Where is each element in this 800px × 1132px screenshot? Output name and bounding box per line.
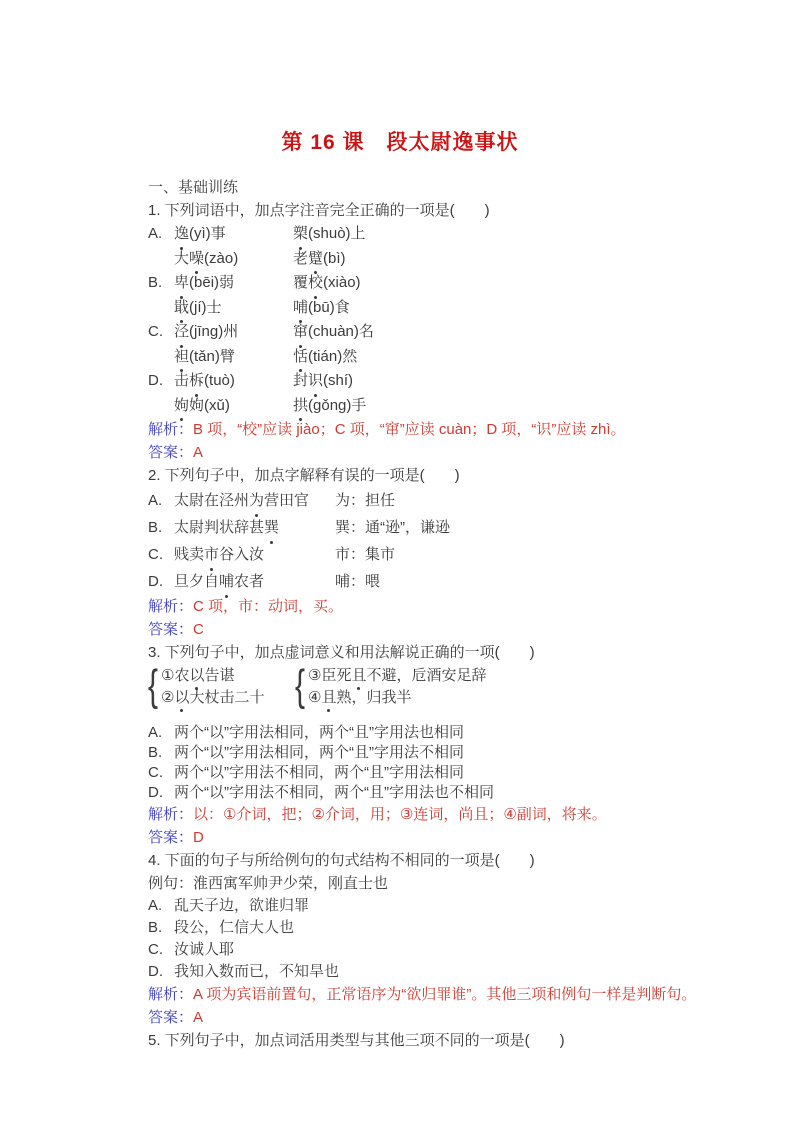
option-label: A.: [148, 487, 174, 514]
numbered-clause: ①农以告谌: [161, 665, 264, 687]
q1-option-c-row2: 袒(tǎn)臂 恬(tián)然: [148, 345, 708, 370]
q3-pair-2: { ③臣死且不避，卮酒安足辞 ④且熟，归我半: [295, 665, 487, 709]
q3-option-d: D. 两个“以”字用法不相同，两个“且”字用法也不相同: [148, 783, 708, 803]
definition: 市：集市: [335, 541, 395, 568]
q3-answer: 答案：D: [148, 826, 708, 849]
pinyin-term: 槊(shuò)上: [293, 222, 366, 247]
answer-value: A: [193, 1009, 203, 1026]
q1-stem: 1. 下列词语中，加点字注音完全正确的一项是( ): [148, 199, 708, 222]
q3-sentence-pairs: { ①农以告谌 ②以大杖击二十 { ③臣死且不避，卮酒安足辞 ④且熟，归我半: [148, 665, 708, 709]
option-text: 两个“以”字用法不相同，两个“且”字用法相同: [174, 763, 464, 783]
q1-option-b-row2: 戢(jí)士 哺(bū)食: [148, 296, 708, 321]
analysis-label: 解析：: [148, 806, 193, 823]
pinyin-term: 袒(tǎn)臂: [174, 345, 293, 370]
answer-label: 答案：: [148, 829, 193, 846]
analysis-text: A 项为宾语前置句，正常语序为“欲归罪谁”。其他三项和例句一样是判断句。: [193, 986, 696, 1003]
sentence: 太尉在泾州为营田官: [174, 487, 335, 514]
q4-option-b: B. 段公，仁信大人也: [148, 917, 708, 939]
option-label: B.: [148, 514, 174, 541]
q4-option-c: C. 汝诚人耶: [148, 939, 708, 961]
q4-option-a: A. 乱天子边，欲谁归罪: [148, 895, 708, 917]
q4-stem: 4. 下面的句子与所给例句的句式结构不相同的一项是( ): [148, 849, 708, 872]
option-label: C.: [148, 541, 174, 568]
pinyin-term: 封识(shí): [293, 369, 353, 394]
answer-value: D: [193, 829, 204, 846]
worksheet-body: 一、基础训练 1. 下列词语中，加点字注音完全正确的一项是( ) A. 逸(yì…: [148, 176, 708, 1052]
pinyin-term: 大噪(zào): [174, 247, 293, 272]
option-text: 乱天子边，欲谁归罪: [174, 895, 309, 917]
analysis-label: 解析：: [148, 986, 193, 1003]
pinyin-term: 姁姁(xǔ): [174, 394, 293, 419]
q1-option-d-row2: 姁姁(xǔ) 拱(gǒng)手: [148, 394, 708, 419]
analysis-text: C 项，市：动词，买。: [193, 598, 343, 615]
option-text: 两个“以”字用法不相同，两个“且”字用法也不相同: [174, 783, 494, 803]
option-label: D.: [148, 568, 174, 595]
q4-example: 例句：淮西寓军帅尹少荣，刚直士也: [148, 872, 708, 895]
spacer: [148, 709, 708, 723]
q1-option-a-row1: A. 逸(yì)事 槊(shuò)上: [148, 222, 708, 247]
q2-stem: 2. 下列句子中，加点字解释有误的一项是( ): [148, 464, 708, 487]
q2-option-b: B. 太尉判状辞甚巽 巽：通“逊”，谦逊: [148, 514, 708, 541]
page-title: 第 16 课 段太尉逸事状: [0, 126, 800, 156]
q2-option-d: D. 旦夕自哺农者 哺：喂: [148, 568, 708, 595]
q3-analysis: 解析：以：①介词，把；②介词，用；③连词，尚且；④副词，将来。: [148, 803, 708, 826]
left-brace-glyph: {: [148, 655, 158, 719]
option-label: B.: [148, 917, 174, 939]
option-label: D.: [148, 783, 174, 803]
sentence: 太尉判状辞甚巽: [174, 514, 335, 541]
option-label: A.: [148, 723, 174, 743]
q1-option-b-row1: B. 卑(bēi)弱 覆校(xiào): [148, 271, 708, 296]
numbered-clause: ②以大杖击二十: [161, 687, 264, 709]
left-brace-glyph: {: [295, 655, 305, 719]
option-text: 汝诚人耶: [174, 939, 234, 961]
q3-stem: 3. 下列句子中，加点虚词意义和用法解说正确的一项( ): [148, 641, 708, 664]
pinyin-term: 逸(yì)事: [174, 222, 293, 247]
option-label: B.: [148, 271, 174, 296]
option-text: 段公，仁信大人也: [174, 917, 294, 939]
answer-value: C: [193, 621, 204, 638]
answer-label: 答案：: [148, 621, 193, 638]
analysis-label: 解析：: [148, 598, 193, 615]
pinyin-term: 恬(tián)然: [293, 345, 357, 370]
option-label: B.: [148, 743, 174, 763]
option-text: 两个“以”字用法相同，两个“且”字用法也相同: [174, 723, 464, 743]
option-text: 我知入数而已，不知旱也: [174, 961, 339, 983]
answer-label: 答案：: [148, 444, 193, 461]
pinyin-term: 覆校(xiào): [293, 271, 361, 296]
q2-analysis: 解析：C 项，市：动词，买。: [148, 595, 708, 618]
option-label: A.: [148, 222, 174, 247]
section-heading: 一、基础训练: [148, 176, 708, 199]
q2-answer: 答案：C: [148, 618, 708, 641]
option-label: A.: [148, 895, 174, 917]
pinyin-term: 泾(jīng)州: [174, 320, 293, 345]
definition: 哺：喂: [335, 568, 380, 595]
pinyin-term: 戢(jí)士: [174, 296, 293, 321]
option-label: C.: [148, 763, 174, 783]
q1-option-a-row2: 大噪(zào) 老躄(bì): [148, 247, 708, 272]
q1-option-d-row1: D. 击柝(tuò) 封识(shí): [148, 369, 708, 394]
q4-analysis: 解析：A 项为宾语前置句，正常语序为“欲归罪谁”。其他三项和例句一样是判断句。: [148, 983, 708, 1006]
pinyin-term: 窜(chuàn)名: [293, 320, 374, 345]
definition: 巽：通“逊”，谦逊: [335, 514, 450, 541]
analysis-text: 以：①介词，把；②介词，用；③连词，尚且；④副词，将来。: [193, 806, 607, 823]
analysis-text: B 项，“校”应读 jiào；C 项，“窜”应读 cuàn；D 项，“识”应读 …: [193, 421, 626, 438]
pinyin-term: 击柝(tuò): [174, 369, 293, 394]
q5-stem: 5. 下列句子中，加点词活用类型与其他三项不同的一项是( ): [148, 1029, 708, 1052]
pinyin-term: 拱(gǒng)手: [293, 394, 366, 419]
option-label: D.: [148, 369, 174, 394]
numbered-clause: ③臣死且不避，卮酒安足辞: [308, 665, 486, 687]
pinyin-term: 卑(bēi)弱: [174, 271, 293, 296]
option-label: C.: [148, 320, 174, 345]
q3-option-a: A. 两个“以”字用法相同，两个“且”字用法也相同: [148, 723, 708, 743]
option-text: 两个“以”字用法相同，两个“且”字用法不相同: [174, 743, 464, 763]
answer-value: A: [193, 444, 203, 461]
sentence: 贱卖市谷入汝: [174, 541, 335, 568]
option-label: D.: [148, 961, 174, 983]
q1-answer: 答案：A: [148, 441, 708, 464]
q2-option-c: C. 贱卖市谷入汝 市：集市: [148, 541, 708, 568]
q1-option-c-row1: C. 泾(jīng)州 窜(chuàn)名: [148, 320, 708, 345]
analysis-label: 解析：: [148, 421, 193, 438]
q4-answer: 答案：A: [148, 1006, 708, 1029]
definition: 为：担任: [335, 487, 395, 514]
q2-option-a: A. 太尉在泾州为营田官 为：担任: [148, 487, 708, 514]
option-label: C.: [148, 939, 174, 961]
q1-analysis: 解析：B 项，“校”应读 jiào；C 项，“窜”应读 cuàn；D 项，“识”…: [148, 418, 708, 441]
q3-option-b: B. 两个“以”字用法相同，两个“且”字用法不相同: [148, 743, 708, 763]
numbered-clause: ④且熟，归我半: [308, 687, 486, 709]
sentence: 旦夕自哺农者: [174, 568, 335, 595]
answer-label: 答案：: [148, 1009, 193, 1026]
q4-option-d: D. 我知入数而已，不知旱也: [148, 961, 708, 983]
q3-pair-1: { ①农以告谌 ②以大杖击二十: [148, 665, 295, 709]
q3-option-c: C. 两个“以”字用法不相同，两个“且”字用法相同: [148, 763, 708, 783]
pinyin-term: 老躄(bì): [293, 247, 346, 272]
pinyin-term: 哺(bū)食: [293, 296, 350, 321]
worksheet-page: 第 16 课 段太尉逸事状 一、基础训练 1. 下列词语中，加点字注音完全正确的…: [0, 0, 800, 1132]
